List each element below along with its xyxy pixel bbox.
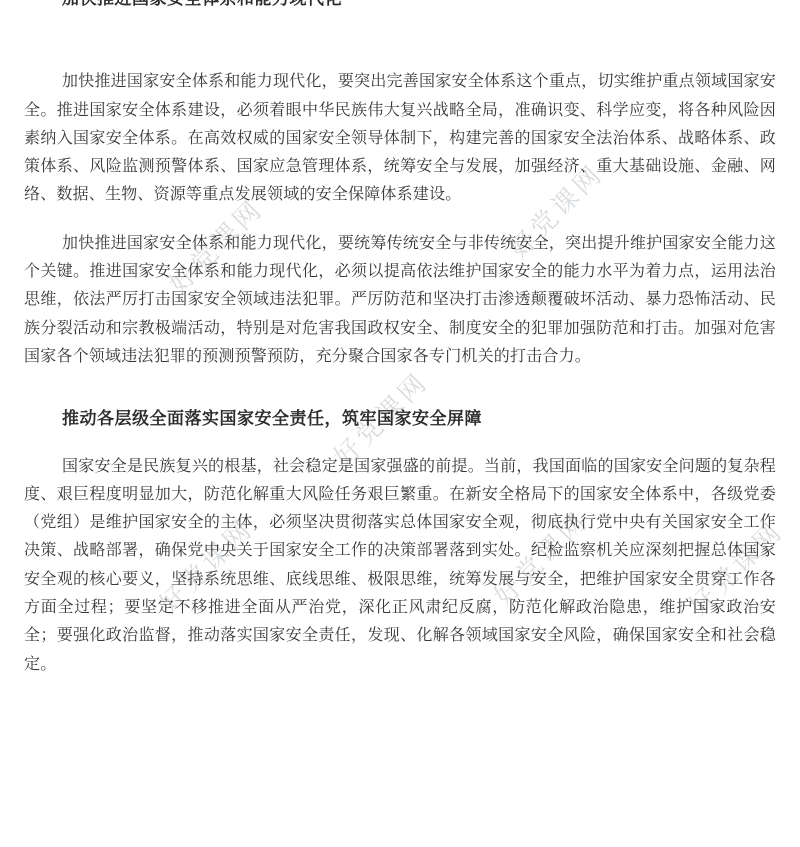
document-page: 好党课网好党课网好党课网好党课网好党课网好党课网 加快推进国家安全体系和能力现代… — [0, 0, 800, 847]
paragraph-responsibility: 国家安全是民族复兴的根基，社会稳定是国家强盛的前提。当前，我国面临的国家安全问题… — [24, 453, 776, 679]
paragraph-security-system: 加快推进国家安全体系和能力现代化，要突出完善国家安全体系这个重点，切实维护重点领… — [24, 68, 776, 209]
section-heading-responsibility: 推动各层级全面落实国家安全责任，筑牢国家安全屏障 — [24, 405, 776, 433]
document-body: { "page": { "background": "#ffffff", "te… — [0, 0, 800, 847]
document-content: 加快推进国家安全体系和能力现代化 加快推进国家安全体系和能力现代化，要突出完善国… — [24, 0, 776, 679]
paragraph-security-capability: 加快推进国家安全体系和能力现代化，要统筹传统安全与非传统安全，突出提升维护国家安… — [24, 230, 776, 371]
section-heading-modernization: 加快推进国家安全体系和能力现代化 — [24, 0, 776, 13]
